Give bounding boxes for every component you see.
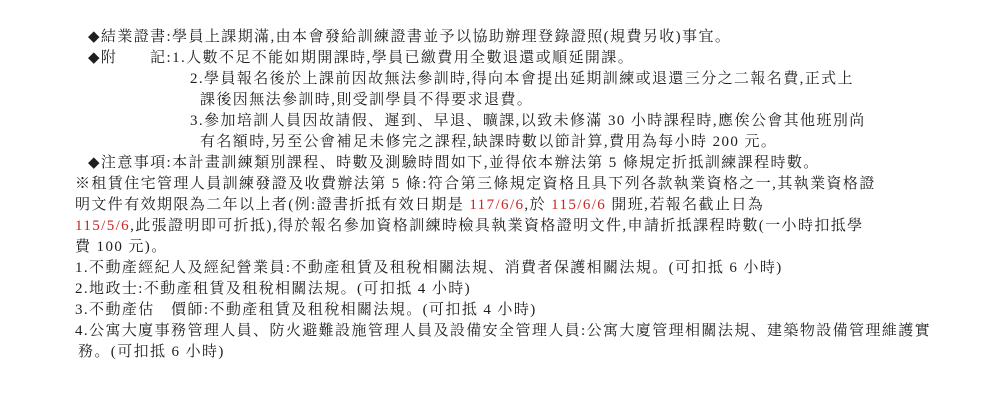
- regulation-example-text-1: 明文件有效期限為二年以上者(例:證書折抵有效日期是: [75, 197, 469, 213]
- line-appendix-item3: 3.參加培訓人員因故請假、遲到、早退、曠課,以致未修滿 30 小時課程時,應俟公…: [75, 111, 975, 132]
- line-regulation-example: 明文件有效期限為二年以上者(例:證書折抵有效日期是 117/6/6,於 115/…: [75, 195, 975, 216]
- line-completion-certificate: ◆結業證書:學員上課期滿,由本會發給訓練證書並予以協助辦理登錄證照(規費另收)事…: [75, 27, 975, 48]
- line-qualification-3-appraiser: 3.不動產估 價師:不動產租賃及租稅相關法規。(可扣抵 4 小時): [75, 300, 975, 321]
- line-regulation-article5-intro: ※租賃住宅管理人員訓練發證及收費辦法第 5 條:符合第三條規定資格且具下列各款執…: [75, 174, 975, 195]
- date-registration-deadline: 115/5/6: [75, 218, 130, 234]
- line-qualification-2-land-agent: 2.地政士:不動產租賃及租稅相關法規。(可扣抵 4 小時): [75, 279, 975, 300]
- line-qualification-4-continuation: 務。(可扣抵 6 小時): [75, 342, 975, 363]
- line-appendix-item2-continuation: 課後因無法參訓時,則受訓學員不得要求退費。: [75, 90, 975, 111]
- date-class-start: 115/6/6: [551, 197, 606, 213]
- line-appendix-item3-continuation: 有名額時,另至公會補足未修完之課程,缺課時數以節計算,費用為每小時 200 元。: [75, 132, 975, 153]
- line-regulation-fee: 費 100 元)。: [75, 237, 975, 258]
- regulation-example-text-3: 開班,若報名截止日為: [606, 197, 764, 213]
- line-notes-header: ◆注意事項:本計畫訓練類別課程、時數及測驗時間如下,並得依本辦法第 5 條規定折…: [75, 153, 975, 174]
- line-appendix-item2: 2.學員報名後於上課前因故無法參訓時,得向本會提出延期訓練或退還三分之二報名費,…: [75, 69, 975, 90]
- line-qualification-4-building-manager: 4.公寓大廈事務管理人員、防火避難設施管理人員及設備安全管理人員:公寓大廈管理相…: [75, 321, 975, 342]
- regulation-example-text-2: ,於: [524, 197, 551, 213]
- line-appendix-header-item1: ◆附 記:1.人數不足不能如期開課時,學員已繳費用全數退還或順延開課。: [75, 48, 975, 69]
- line-regulation-example-continuation: 115/5/6,此張證明即可折抵),得於報名參加資格訓練時檢具執業資格證明文件,…: [75, 216, 975, 237]
- notice-document: ◆結業證書:學員上課期滿,由本會發給訓練證書並予以協助辦理登錄證照(規費另收)事…: [75, 27, 975, 363]
- regulation-example-text-4: ,此張證明即可折抵),得於報名參加資格訓練時檢具執業資格證明文件,申請折抵課程時…: [130, 218, 863, 234]
- line-qualification-1-broker: 1.不動產經紀人及經紀營業員:不動產租賃及租稅相關法規、消費者保護相關法規。(可…: [75, 258, 975, 279]
- date-cert-valid-until: 117/6/6: [469, 197, 524, 213]
